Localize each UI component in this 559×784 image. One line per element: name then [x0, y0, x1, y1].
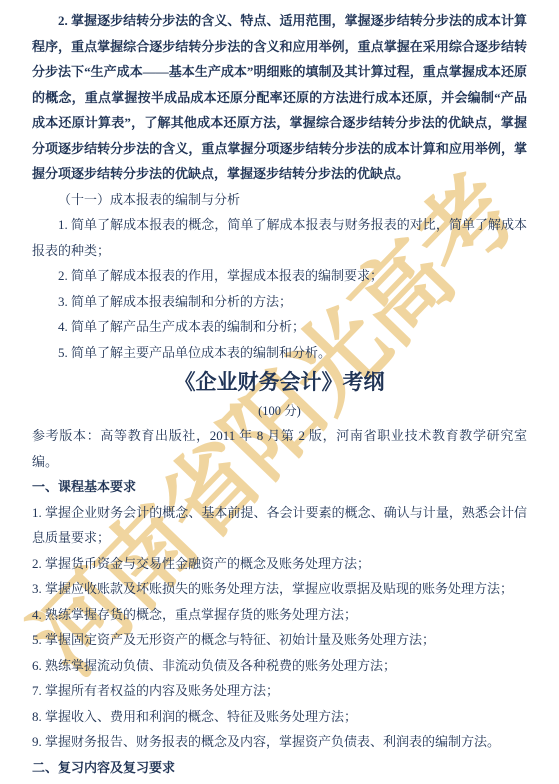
list-item: 6. 熟练掌握流动负债、非流动负债及各种税费的账务处理方法； [32, 653, 527, 679]
list-item: 3. 简单了解成本报表编制和分析的方法； [32, 289, 527, 315]
list-item: 2. 简单了解成本报表的作用，掌握成本报表的编制要求； [32, 263, 527, 289]
document-content: 2. 掌握逐步结转分步法的含义、特点、适用范围，掌握逐步结转分步法的成本计算程序… [0, 0, 559, 780]
list-item: 5. 简单了解主要产品单位成本表的编制和分析。 [32, 340, 527, 366]
list-item: 2. 掌握货币资金与交易性金融资产的概念及账务处理方法； [32, 551, 527, 577]
list-item: 1. 掌握企业财务会计的概念、基本前提、各会计要素的概念、确认与计量，熟悉会计信… [32, 500, 527, 551]
list-item: 9. 掌握财务报告、财务报表的概念及内容，掌握资产负债表、利润表的编制方法。 [32, 729, 527, 755]
list-item: 4. 熟练掌握存货的概念，重点掌握存货的账务处理方法； [32, 602, 527, 628]
list-item: 8. 掌握收入、费用和利润的概念、特征及账务处理方法； [32, 704, 527, 730]
score-line: (100 分) [32, 399, 527, 423]
list-item: 4. 简单了解产品生产成本表的编制和分析； [32, 314, 527, 340]
list-item: 1. 简单了解成本报表的概念，简单了解成本报表与财务报表的对比，简单了解成本报表… [32, 212, 527, 263]
list-item: 5. 掌握固定资产及无形资产的概念与特征、初始计量及账务处理方法； [32, 627, 527, 653]
list-item: 7. 掌握所有者权益的内容及账务处理方法； [32, 678, 527, 704]
subheading-cost-report: （十一）成本报表的编制与分析 [32, 187, 527, 213]
document-page: 河南省阳光高考 2. 掌握逐步结转分步法的含义、特点、适用范围，掌握逐步结转分步… [0, 0, 559, 784]
exam-outline-title: 《企业财务会计》考纲 [32, 365, 527, 399]
section-heading-course-requirements: 一、课程基本要求 [32, 474, 527, 500]
reference-edition-line: 参考版本：高等教育出版社，2011 年 8 月第 2 版，河南省职业技术教育教学… [32, 423, 527, 474]
section-heading-review-requirements: 二、复习内容及复习要求 [32, 755, 527, 781]
list-item: 3. 掌握应收账款及坏账损失的账务处理方法，掌握应收票据及贴现的账务处理方法； [32, 576, 527, 602]
paragraph-step-transfer-method: 2. 掌握逐步结转分步法的含义、特点、适用范围，掌握逐步结转分步法的成本计算程序… [32, 8, 527, 187]
